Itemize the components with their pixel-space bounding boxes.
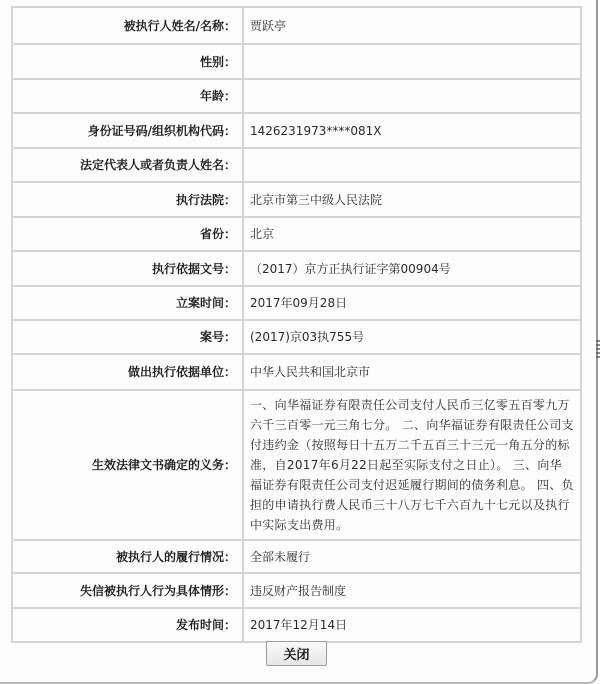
row-province: 省份： 北京	[12, 217, 581, 251]
label-age: 年龄：	[12, 79, 243, 113]
row-case-number: 案号： (2017)京03执755号	[12, 320, 581, 354]
row-legal-representative: 法定代表人或者负责人姓名：	[12, 148, 581, 182]
row-dishonest-behavior: 失信被执行人行为具体情形： 违反财产报告制度	[12, 573, 581, 608]
row-name: 被执行人姓名/名称： 贾跃亭	[12, 7, 581, 44]
row-legal-obligations: 生效法律文书确定的义务： 一、向华福证券有限责任公司支付人民币三亿零五百零九万六…	[12, 390, 581, 540]
value-province: 北京	[243, 217, 581, 251]
value-case-number: (2017)京03执755号	[243, 320, 581, 354]
label-performance-status: 被执行人的履行情况：	[12, 540, 243, 573]
label-name: 被执行人姓名/名称：	[12, 7, 243, 44]
label-id-number: 身份证号码/组织机构代码：	[12, 113, 243, 148]
row-age: 年龄：	[12, 79, 581, 113]
value-issuing-unit: 中华人民共和国北京市	[243, 354, 581, 390]
value-legal-representative	[243, 148, 581, 182]
value-name: 贾跃亭	[243, 7, 581, 44]
label-legal-representative: 法定代表人或者负责人姓名：	[12, 148, 243, 182]
label-issuing-unit: 做出执行依据单位：	[12, 354, 243, 390]
label-executing-court: 执行法院：	[12, 182, 243, 217]
label-filing-date: 立案时间：	[12, 286, 243, 320]
value-age	[243, 79, 581, 113]
value-filing-date: 2017年09月28日	[243, 286, 581, 320]
row-publish-date: 发布时间： 2017年12月14日	[12, 608, 581, 642]
label-enforcement-basis-number: 执行依据文号：	[12, 251, 243, 286]
row-enforcement-basis-number: 执行依据文号： （2017）京方正执行证字第00904号	[12, 251, 581, 286]
row-executing-court: 执行法院： 北京市第三中级人民法院	[12, 182, 581, 217]
row-performance-status: 被执行人的履行情况： 全部未履行	[12, 540, 581, 573]
row-id-number: 身份证号码/组织机构代码： 1426231973****081X	[12, 113, 581, 148]
background-text-fragment	[596, 340, 600, 358]
close-button[interactable]: 关闭	[266, 641, 327, 666]
value-performance-status: 全部未履行	[243, 540, 581, 573]
value-dishonest-behavior: 违反财产报告制度	[243, 573, 581, 608]
label-legal-obligations: 生效法律文书确定的义务：	[12, 390, 243, 540]
value-enforcement-basis-number: （2017）京方正执行证字第00904号	[243, 251, 581, 286]
row-gender: 性别：	[12, 44, 581, 79]
value-executing-court: 北京市第三中级人民法院	[243, 182, 581, 217]
row-issuing-unit: 做出执行依据单位： 中华人民共和国北京市	[12, 354, 581, 390]
label-province: 省份：	[12, 217, 243, 251]
label-case-number: 案号：	[12, 320, 243, 354]
label-dishonest-behavior: 失信被执行人行为具体情形：	[12, 573, 243, 608]
dishonest-person-info-table: 被执行人姓名/名称： 贾跃亭 性别： 年龄： 身份证号码/组织机构代码： 142…	[11, 6, 582, 643]
value-id-number: 1426231973****081X	[243, 113, 581, 148]
record-detail-dialog: 被执行人姓名/名称： 贾跃亭 性别： 年龄： 身份证号码/组织机构代码： 142…	[0, 0, 598, 684]
label-publish-date: 发布时间：	[12, 608, 243, 642]
value-gender	[243, 44, 581, 79]
value-legal-obligations: 一、向华福证券有限责任公司支付人民币三亿零五百零九万六千三百零一元三角七分。 二…	[243, 390, 581, 540]
label-gender: 性别：	[12, 44, 243, 79]
value-publish-date: 2017年12月14日	[243, 608, 581, 642]
row-filing-date: 立案时间： 2017年09月28日	[12, 286, 581, 320]
